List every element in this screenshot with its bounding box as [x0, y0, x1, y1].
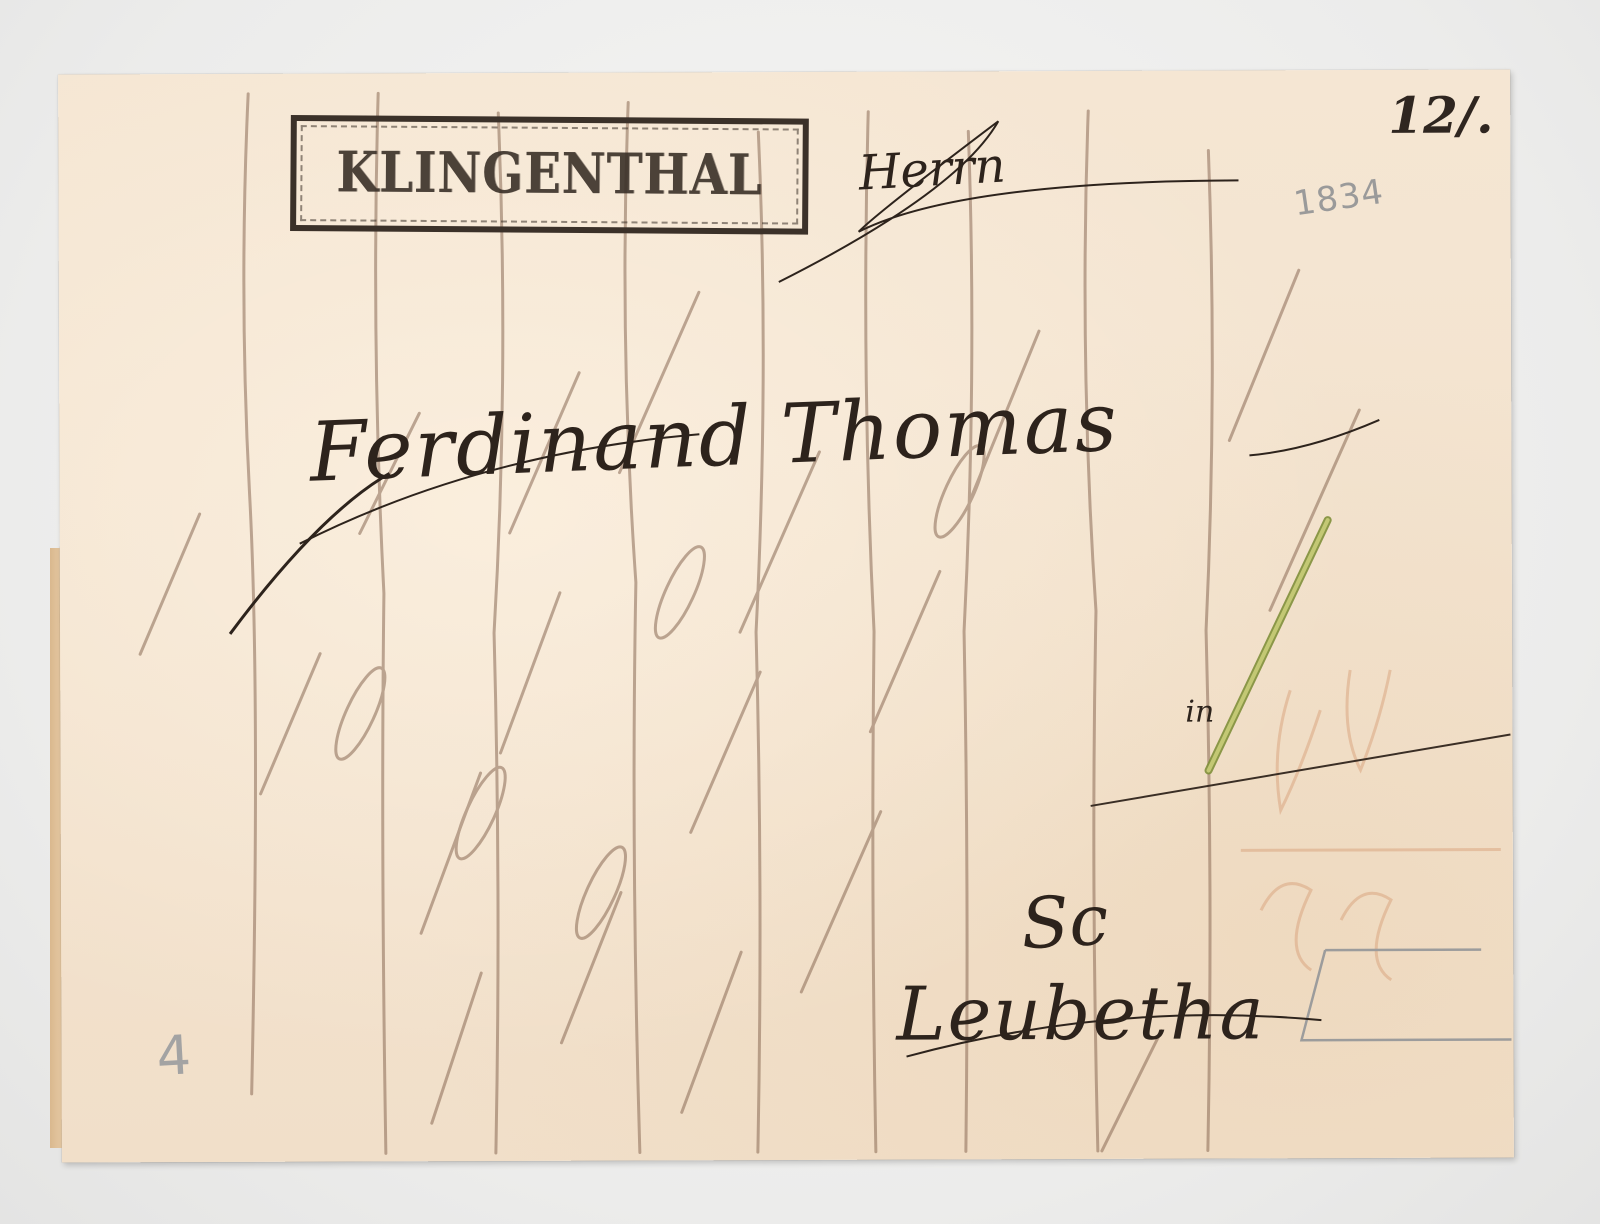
klingenthal-postmark: KLINGENTHAL	[290, 115, 809, 235]
address-via: in	[1185, 695, 1214, 730]
postmark-text: KLINGENTHAL	[332, 139, 768, 208]
pencil-corner-number: 4	[155, 1023, 193, 1088]
letter-cover: KLINGENTHAL 12/. 1834 4 Herrn Ferdinand …	[58, 69, 1514, 1162]
address-salutation: Herrn	[857, 137, 1007, 201]
address-prefix: Sc	[1019, 879, 1111, 966]
rate-mark: 12/.	[1388, 86, 1493, 145]
address-city: Leubetha	[896, 970, 1266, 1057]
